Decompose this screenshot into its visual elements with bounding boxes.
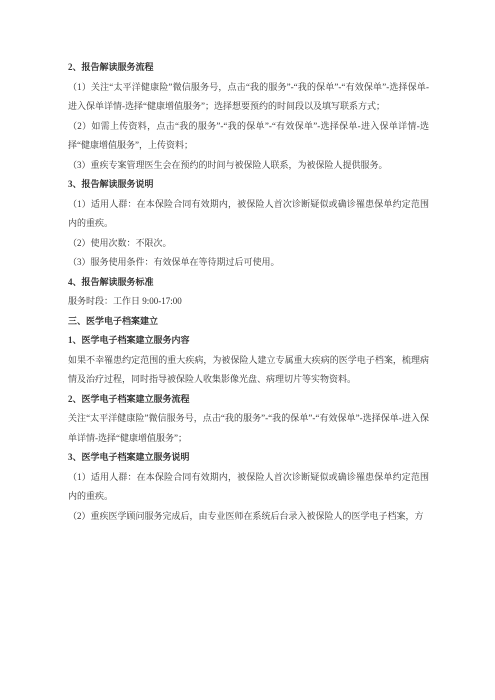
- document-content: 2、报告解读服务流程 （1）关注“太平洋健康险”微信服务号，点击“我的服务”-“…: [68, 58, 429, 526]
- heading-archive-flow: 2、医学电子档案建立服务流程: [68, 390, 429, 410]
- paragraph-archive-notes-item1: （1）适用人群：在本保险合同有效期内，被保险人首次诊断疑似或确诊罹患保单约定范围…: [68, 468, 429, 507]
- heading-report-notes: 3、报告解读服务说明: [68, 175, 429, 195]
- paragraph-archive-content: 如果不幸罹患约定范围的重大疾病，为被保险人建立专属重大疾病的医学电子档案，梳理病…: [68, 351, 429, 390]
- heading-report-flow: 2、报告解读服务流程: [68, 58, 429, 78]
- section-report-interpretation-flow: 2、报告解读服务流程 （1）关注“太平洋健康险”微信服务号，点击“我的服务”-“…: [68, 58, 429, 175]
- paragraph-archive-flow: 关注“太平洋健康险”微信服务号，点击“我的服务”-“我的保单”-“有效保单”-选…: [68, 409, 429, 448]
- heading-medical-archive-chapter: 三、医学电子档案建立: [68, 312, 429, 332]
- section-medical-archive-chapter: 三、医学电子档案建立 1、医学电子档案建立服务内容 如果不幸罹患约定范围的重大疾…: [68, 312, 429, 527]
- paragraph-report-notes-item2: （2）使用次数：不限次。: [68, 234, 429, 254]
- paragraph-archive-notes-item2: （2）重疾医学顾问服务完成后，由专业医师在系统后台录入被保险人的医学电子档案，方: [68, 507, 429, 527]
- heading-report-standard: 4、报告解读服务标准: [68, 273, 429, 293]
- paragraph-report-flow-step2: （2）如需上传资料，点击“我的服务”-“我的保单”-“有效保单”-选择保单-进入…: [68, 117, 429, 156]
- paragraph-report-notes-item1: （1）适用人群：在本保险合同有效期内，被保险人首次诊断疑似或确诊罹患保单约定范围…: [68, 195, 429, 234]
- paragraph-report-standard-hours: 服务时段：工作日 9:00-17:00: [68, 292, 429, 312]
- section-report-interpretation-standard: 4、报告解读服务标准 服务时段：工作日 9:00-17:00: [68, 273, 429, 312]
- paragraph-report-notes-item3: （3）服务使用条件：有效保单在等待期过后可使用。: [68, 253, 429, 273]
- paragraph-report-flow-step3: （3）重疾专案管理医生会在预约的时间与被保险人联系，为被保险人提供服务。: [68, 156, 429, 176]
- section-report-interpretation-notes: 3、报告解读服务说明 （1）适用人群：在本保险合同有效期内，被保险人首次诊断疑似…: [68, 175, 429, 273]
- heading-archive-notes: 3、医学电子档案建立服务说明: [68, 448, 429, 468]
- document-page: 2、报告解读服务流程 （1）关注“太平洋健康险”微信服务号，点击“我的服务”-“…: [0, 0, 495, 700]
- paragraph-report-flow-step1: （1）关注“太平洋健康险”微信服务号，点击“我的服务”-“我的保单”-“有效保单…: [68, 78, 429, 117]
- heading-archive-content: 1、医学电子档案建立服务内容: [68, 331, 429, 351]
